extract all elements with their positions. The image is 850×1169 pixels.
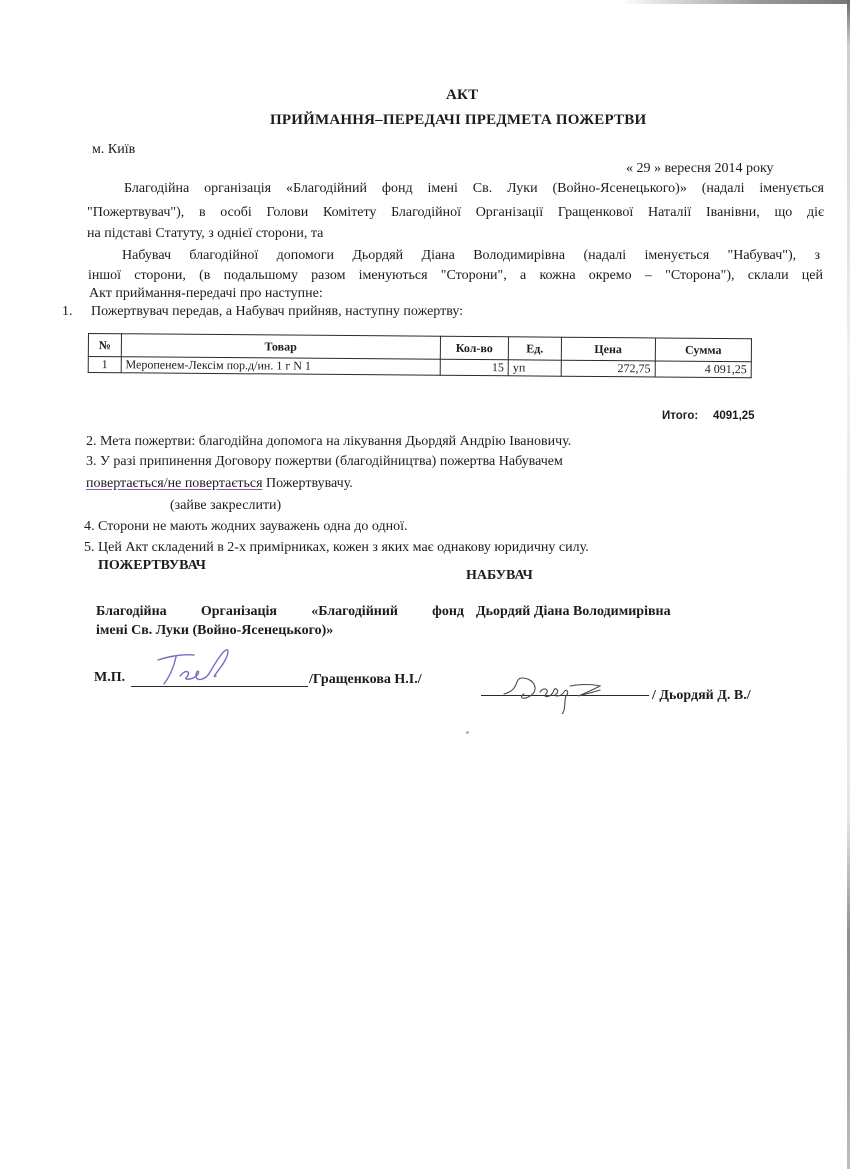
- option-not-returned: не повертається: [168, 476, 263, 491]
- recipient-name: Дьордяй Діана Володимирівна: [476, 604, 671, 620]
- option-returned: повертається: [86, 476, 164, 491]
- doc-date: « 29 » вересня 2014 року: [626, 161, 774, 177]
- clause-5: 5. Цей Акт складений в 2-х примірниках, …: [84, 540, 589, 556]
- clause-3-line1: 3. У разі припинення Договору пожертви (…: [86, 454, 563, 470]
- col-header-product: Товар: [121, 334, 440, 360]
- cell-qty: 15: [440, 359, 509, 376]
- item1-number: 1.: [62, 304, 73, 320]
- recipient-heading: НАБУВАЧ: [466, 568, 533, 584]
- cell-unit: уп: [508, 360, 561, 376]
- total-label: Итого:: [662, 410, 698, 422]
- intro-p1-line2: "Пожертвувач"), в особі Голови Комітету …: [87, 205, 824, 221]
- col-header-unit: Ед.: [508, 337, 561, 360]
- donor-name-line2: імені Св. Луки (Войно-Ясенецького)»: [96, 623, 333, 639]
- donor-signature: [150, 646, 240, 690]
- intro-p1-line1: Благодійна організація «Благодійний фонд…: [124, 181, 824, 197]
- intro-p1-line3: на підставі Статуту, з однієї сторони, т…: [87, 226, 323, 242]
- recipient-signature: [500, 670, 610, 714]
- total-value: 4091,25: [713, 410, 755, 422]
- cell-price: 272,75: [561, 360, 655, 377]
- cell-product: Меропенем-Лексім пор.д/ин. 1 г N 1: [121, 357, 440, 376]
- stamp-label: М.П.: [94, 670, 125, 686]
- scan-speck: [466, 731, 469, 734]
- clause-2: 2. Мета пожертви: благодійна допомога на…: [86, 434, 571, 450]
- donor-heading: ПОЖЕРТВУВАЧ: [98, 558, 206, 574]
- col-header-price: Цена: [561, 337, 655, 361]
- col-header-no: №: [88, 334, 121, 357]
- doc-title: АКТ: [446, 87, 478, 104]
- clause-3-tail: Пожертвувачу.: [263, 476, 353, 491]
- scan-edge-top: [620, 0, 850, 4]
- intro-p2-line3: Акт приймання-передачі про наступне:: [89, 286, 323, 302]
- donation-items-table: № Товар Кол-во Ед. Цена Сумма 1 Меропене…: [88, 333, 752, 378]
- clause-4: 4. Сторони не мають жодних зауважень одн…: [84, 519, 407, 535]
- city: м. Київ: [92, 142, 135, 158]
- cell-sum: 4 091,25: [655, 361, 751, 378]
- col-header-sum: Сумма: [655, 338, 751, 362]
- col-header-qty: Кол-во: [440, 336, 509, 360]
- intro-p2-line2: іншої сторони, (в подальшому разом імену…: [88, 268, 823, 284]
- donor-signature-name: /Гращенкова Н.І./: [309, 672, 422, 688]
- clause-3-note: (зайве закреслити): [170, 498, 281, 514]
- clause-3-line2: повертається/не повертається Пожертвувач…: [86, 476, 353, 492]
- item1-text: Пожертвувач передав, а Набувач прийняв, …: [91, 304, 463, 320]
- donor-name-line1: Благодійна Організація «Благодійний фонд: [96, 604, 464, 620]
- intro-p2-line1: Набувач благодійної допомоги Дьордяй Діа…: [122, 248, 820, 264]
- cell-no: 1: [88, 357, 121, 373]
- recipient-signature-name: / Дьордяй Д. В./: [652, 688, 751, 704]
- doc-subtitle: ПРИЙМАННЯ–ПЕРЕДАЧІ ПРЕДМЕТА ПОЖЕРТВИ: [270, 112, 646, 129]
